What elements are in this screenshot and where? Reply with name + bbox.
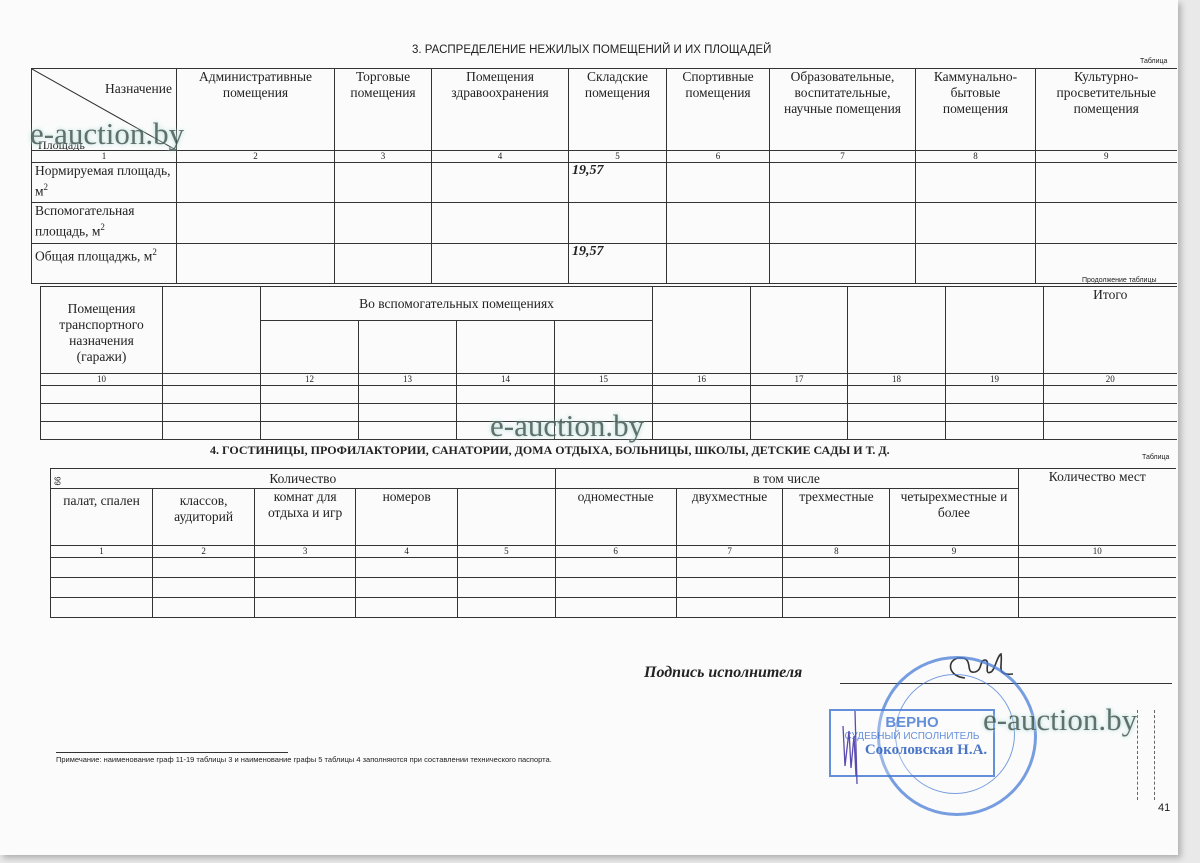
col-number: 3 [255,546,356,558]
row-label: Нормируемая площадь, м2 [32,163,177,203]
total-header: Итого [1044,287,1177,374]
cell [667,203,770,244]
col14-header [457,321,555,374]
signature-label: Подпись исполнителя [644,664,802,682]
col18-header [848,287,946,374]
watermark: e-auction.by [983,702,1137,738]
col-number: 3 [335,151,432,163]
cell [335,163,432,203]
watermark: e-auction.by [30,116,184,152]
col-header: четырехместные и более [890,489,1018,546]
cell-value: 19,57 [569,163,667,203]
col-number: 15 [555,374,653,386]
col-header: Торговые помещения [335,69,432,151]
col-number: 6 [555,546,676,558]
table3-cont-label: Продолжение таблицы [1082,277,1157,284]
col-number: 4 [356,546,458,558]
cell [667,244,770,284]
col-header: Спортивные помещения [667,69,770,151]
footnote: Примечание: наименование граф 11-19 табл… [56,755,552,764]
col-number: 6 [667,151,770,163]
col-header: Административные помещения [177,69,335,151]
col-number: 8 [916,151,1036,163]
col12-header [261,321,359,374]
table3-title: 3. РАСПРЕДЕЛЕНИЕ НЕЖИЛЫХ ПОМЕЩЕНИЙ И ИХ … [412,44,771,56]
table4: 66 Количество в том числе Количество мес… [50,468,1176,618]
col-header: Каммунально-бытовые помещения [916,69,1036,151]
col-number: 2 [177,151,335,163]
table3: Назначение Площадь Административные поме… [31,68,1177,284]
cell [432,244,569,284]
col-header: одноместные [555,489,676,546]
quantity-group-header: 66 Количество [51,469,556,489]
col-number: 7 [770,151,916,163]
col-number: 1 [32,151,177,163]
col-number: 1 [51,546,153,558]
row-label: Вспомогательная площадь, м2 [32,203,177,244]
table-row [51,578,1177,598]
col-number: 5 [569,151,667,163]
cell [335,203,432,244]
col-number: 5 [458,546,555,558]
col16-header [653,287,751,374]
cell [432,203,569,244]
col-number: 10 [1018,546,1176,558]
col-number: 17 [751,374,848,386]
cell [916,203,1036,244]
col-number: 7 [676,546,783,558]
table-row [51,558,1177,578]
table4-label: Таблица [1142,454,1169,461]
col-number: 20 [1044,374,1177,386]
table4-title: 4. ГОСТИНИЦЫ, ПРОФИЛАКТОРИИ, САНАТОРИИ, … [210,443,890,458]
cell [1036,203,1177,244]
col-number: 13 [359,374,457,386]
col-header: двухместные [676,489,783,546]
row-label: Общая площаджь, м2 [32,244,177,284]
cell [432,163,569,203]
col-header: классов, аудиторий [153,489,255,546]
col17-header [751,287,848,374]
cell [177,163,335,203]
col15-header [555,321,653,374]
cell [770,244,916,284]
cell [335,244,432,284]
margin-mark: 66 [51,477,67,486]
table-row: Вспомогательная площадь, м2 [32,203,1177,244]
cell [177,244,335,284]
col-number: 9 [1036,151,1177,163]
col19-header [946,287,1044,374]
col-number: 8 [783,546,890,558]
col-header: Образовательные, воспитательные, научные… [770,69,916,151]
cell [770,163,916,203]
col-number: 2 [153,546,255,558]
col-number: 4 [432,151,569,163]
col-header: номеров [356,489,458,546]
col-header: комнат для отдыха и игр [255,489,356,546]
col11-header [163,287,261,374]
col-number: 16 [653,374,751,386]
note-divider [56,752,288,753]
col-number: 12 [261,374,359,386]
cell [667,163,770,203]
places-header: Количество мест [1018,469,1176,546]
table-row [51,598,1177,618]
including-group-header: в том числе [555,469,1018,489]
table-row [41,386,1177,404]
watermark: e-auction.by [490,408,644,444]
ink-signature-icon [835,706,865,786]
table-row: Нормируемая площадь, м2 19,57 [32,163,1177,203]
col10-header: Помещения транспортного назначения (гара… [41,287,163,374]
col-number: 18 [848,374,946,386]
cell [916,163,1036,203]
col-header: палат, спален [51,489,153,546]
page-mark: 41 [1158,802,1170,814]
cell [916,244,1036,284]
aux-header: Во вспомогательных помещениях [261,287,653,321]
col-header: Помещения здравоохранения [432,69,569,151]
cell [1036,163,1177,203]
col-number: 19 [946,374,1044,386]
col-header [458,489,555,546]
col-number [163,374,261,386]
corner-top: Назначение [105,81,172,97]
table-row: Общая площаджь, м2 19,57 [32,244,1177,284]
document-page: 3. РАСПРЕДЕЛЕНИЕ НЕЖИЛЫХ ПОМЕЩЕНИЙ И ИХ … [0,0,1178,855]
col-header: Складские помещения [569,69,667,151]
col13-header [359,321,457,374]
cell-value: 19,57 [569,244,667,284]
col-number: 9 [890,546,1018,558]
cell [569,203,667,244]
col-number: 14 [457,374,555,386]
side-stamp [1137,710,1155,800]
col-header: Культурно-просветительные помещения [1036,69,1177,151]
col-number: 10 [41,374,163,386]
quantity-label: Количество [269,471,336,486]
cell [177,203,335,244]
table3-label: Таблица [1140,58,1167,65]
cell [770,203,916,244]
col-header: трехместные [783,489,890,546]
